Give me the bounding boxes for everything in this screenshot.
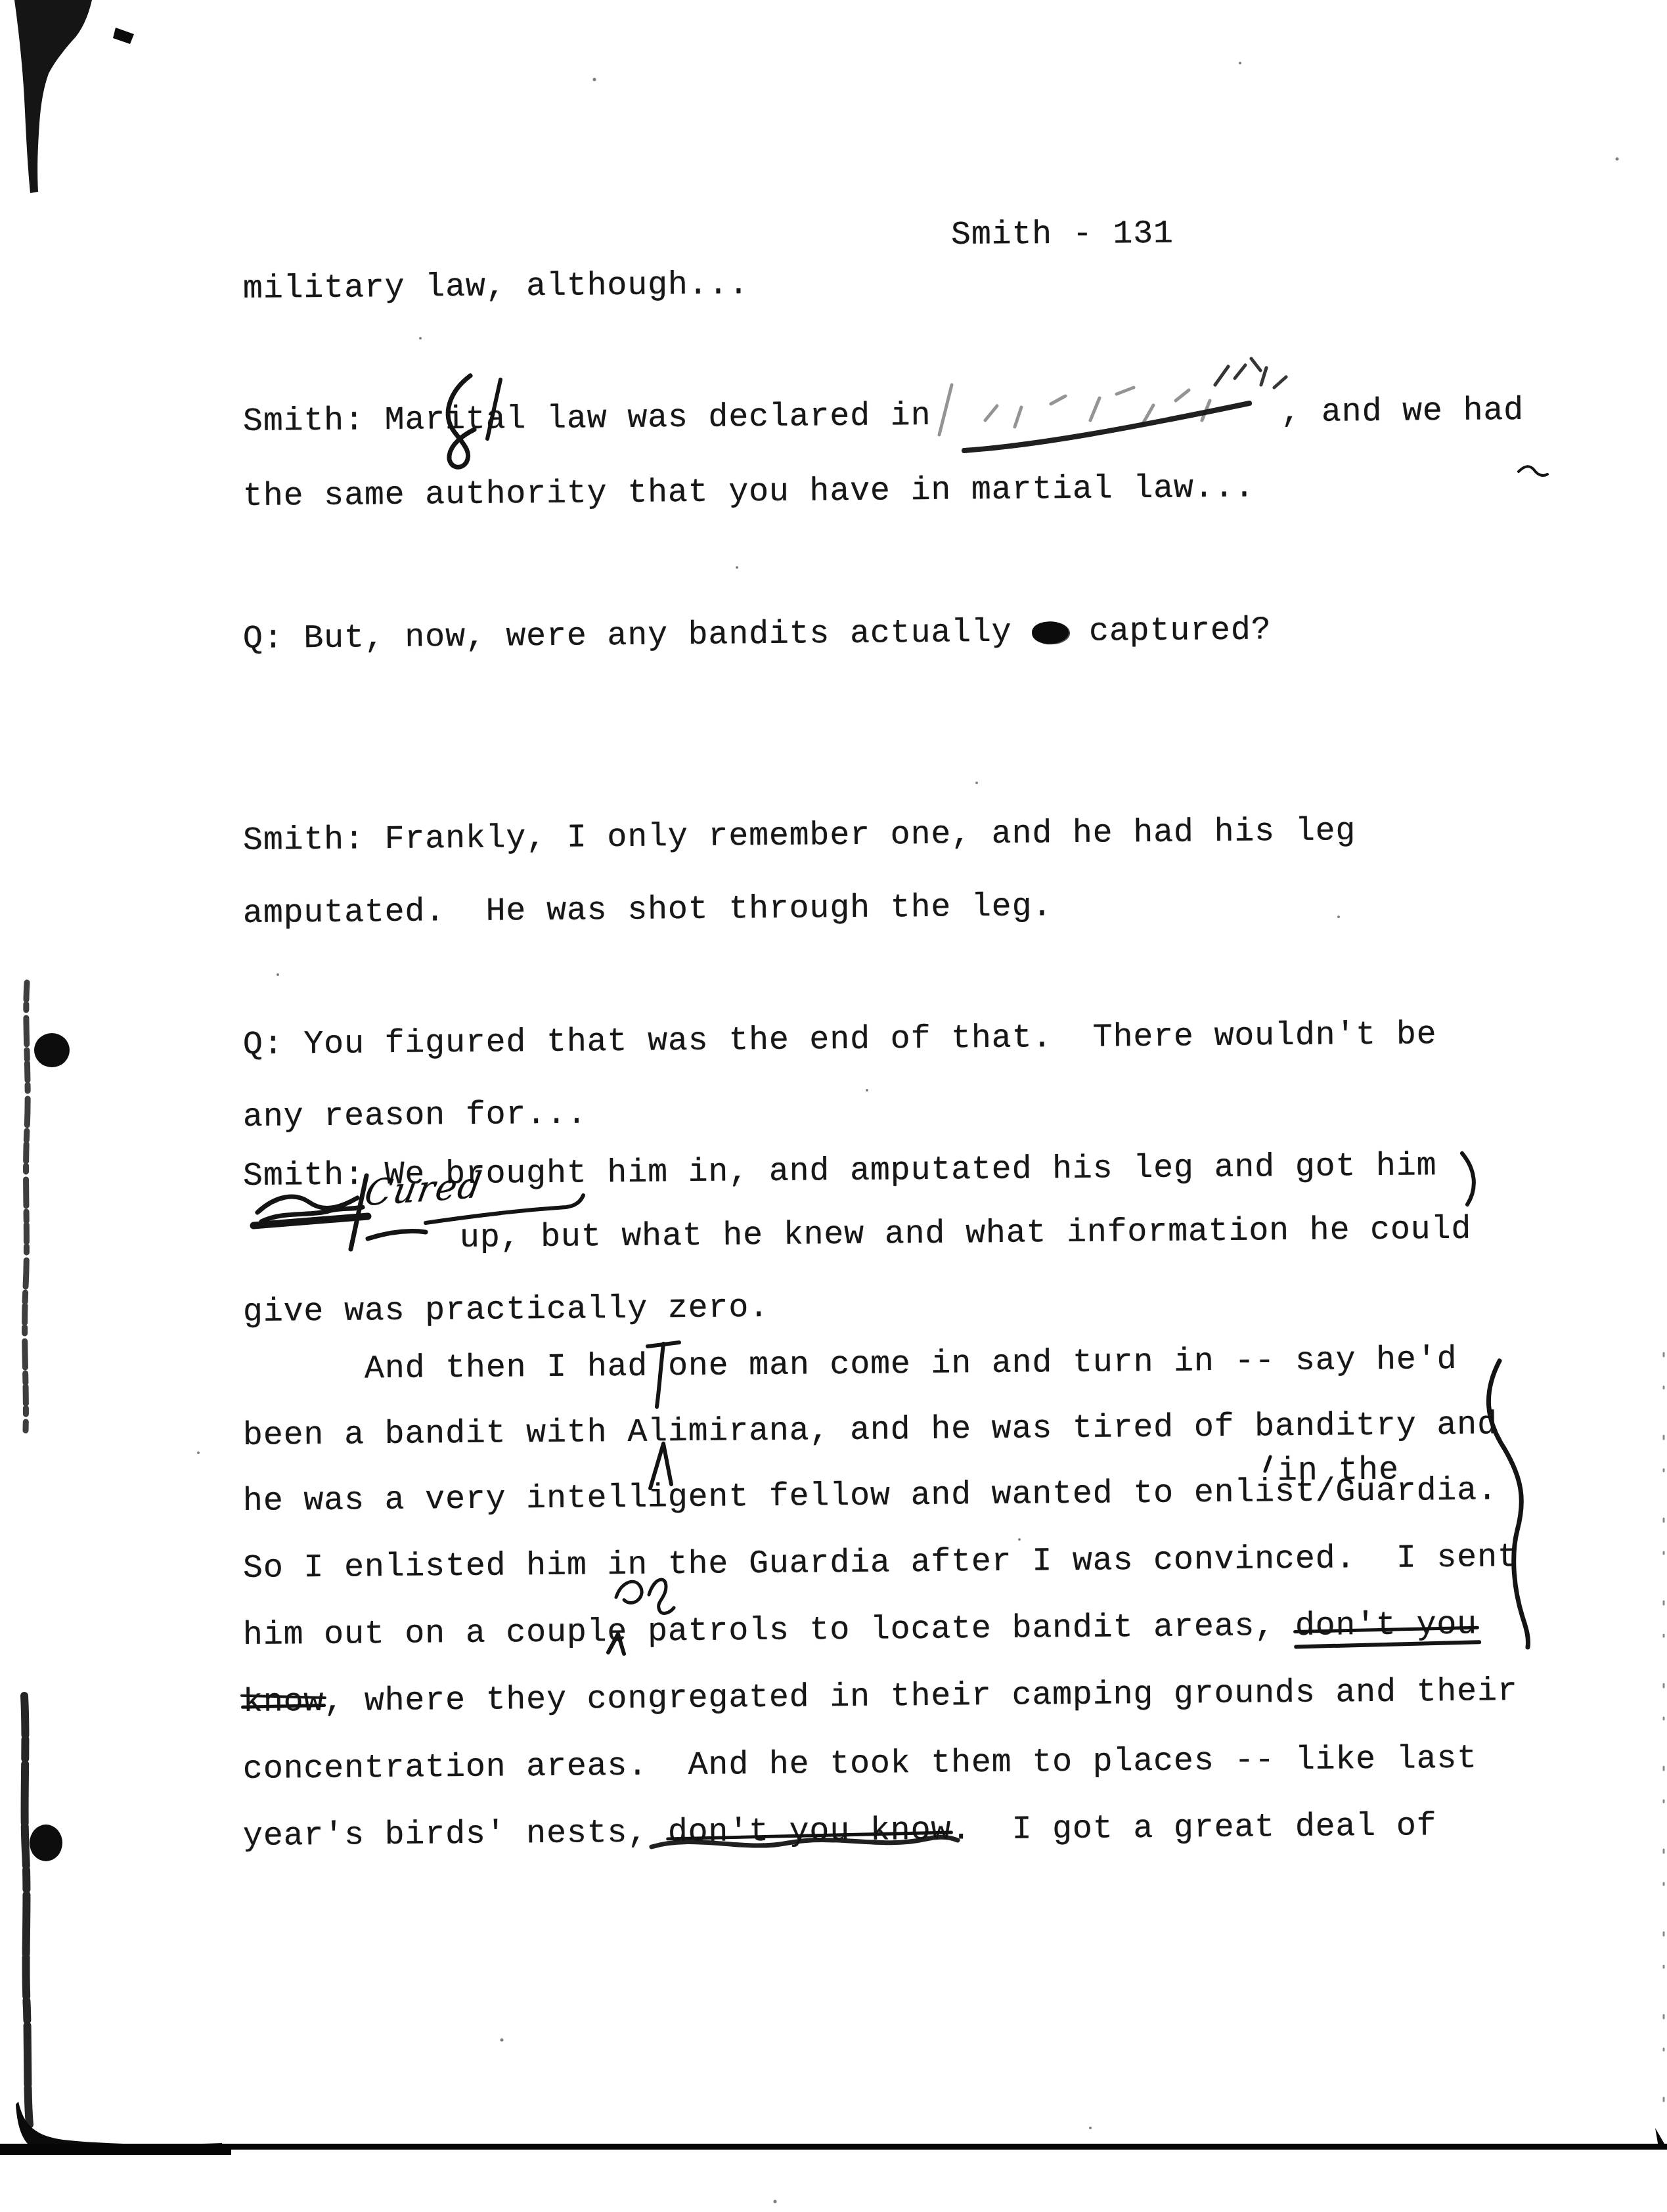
illegible-handwriting-gap bbox=[931, 421, 1281, 424]
inserted-scribble-word bbox=[616, 1580, 674, 1613]
text-line-02: Smith: Marital law was declared in, and … bbox=[243, 392, 1524, 441]
scan-artifact-bottom-right-tick bbox=[1655, 2128, 1664, 2147]
illegible-handwriting-dark-cluster bbox=[1215, 359, 1286, 387]
margin-tilde-mark bbox=[1519, 466, 1547, 476]
text-line-13: been a bandit with Alimirana, and he was… bbox=[243, 1406, 1498, 1455]
blacked-out-word bbox=[1032, 621, 1069, 644]
text-line-18: concentration areas. And he took them to… bbox=[243, 1740, 1478, 1789]
text-line-05: Smith: Frankly, I only remember one, and… bbox=[243, 812, 1356, 860]
text-line-15: So I enlisted him in the Guardia after I… bbox=[243, 1539, 1518, 1587]
speaker-smith-martial: Smith: Mar bbox=[243, 401, 446, 441]
handwritten-word-cured: Cured bbox=[362, 1167, 485, 1211]
scan-artifact-bottom-line bbox=[0, 2144, 1667, 2150]
scan-artifact-left-streak-upper bbox=[25, 983, 28, 1430]
text-line-04: Q: But, now, were any bandits actually c… bbox=[243, 611, 1272, 658]
handwritten-paren-mark bbox=[1462, 1153, 1474, 1205]
scan-artifact-left-streak-lower bbox=[24, 1696, 30, 2125]
text-line-19: year's birds' nests, don't you know. I g… bbox=[243, 1807, 1437, 1855]
scan-artifact-corner-speck bbox=[113, 28, 134, 44]
text-line-03: the same authority that you have in mart… bbox=[243, 470, 1255, 516]
text-line-01: military law, although... bbox=[243, 266, 749, 308]
text-line-07: Q: You figured that was the end of that.… bbox=[243, 1016, 1437, 1064]
text-line-08: any reason for... bbox=[243, 1095, 587, 1136]
scanned-transcript-page: Smith - 131 military law, although... Sm… bbox=[0, 0, 1667, 2212]
scan-artifact-hole-blob-1 bbox=[34, 1033, 70, 1067]
text-line-12: And then I had one man come in and turn … bbox=[243, 1341, 1457, 1390]
scan-artifact-corner-blob bbox=[14, 0, 92, 193]
scan-artifact-streak-foot bbox=[16, 2102, 223, 2154]
scan-artifact-hole-blob-2 bbox=[30, 1825, 62, 1861]
transposed-letters: it bbox=[445, 401, 486, 439]
page-header: Smith - 131 bbox=[951, 215, 1174, 255]
insertion-tick-mark bbox=[1265, 1457, 1270, 1471]
text-line-16: him out on a couple patrols to locate ba… bbox=[243, 1606, 1478, 1655]
struck-text-dont-you-know: don't you know bbox=[668, 1812, 952, 1852]
struck-text-dont-you: don't you bbox=[1295, 1606, 1478, 1646]
scan-artifact-bottom-line-left bbox=[0, 2150, 231, 2155]
text-line-10: up, but what he knew and what informatio… bbox=[243, 1211, 1472, 1260]
text-line-17: know, where they congregated in their ca… bbox=[243, 1673, 1518, 1721]
text-line-11: give was practically zero. bbox=[243, 1289, 769, 1331]
text-line-06: amputated. He was shot through the leg. bbox=[243, 888, 1053, 933]
text-line-14: he was a very intelligent fellow and wan… bbox=[243, 1472, 1498, 1520]
struck-text-know: know bbox=[243, 1683, 324, 1722]
